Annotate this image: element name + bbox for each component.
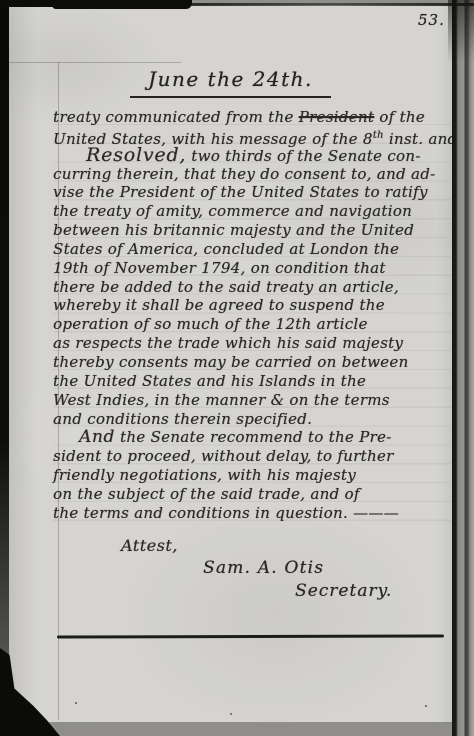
body-line: whereby it shall be agreed to suspend th… xyxy=(53,296,451,315)
date-heading-row: June the 24th. xyxy=(9,67,452,98)
body-line: the treaty of amity, commerce and naviga… xyxy=(53,202,451,221)
manuscript-body-text: treaty communicated from the President o… xyxy=(53,108,451,523)
faint-horizontal-guide-line xyxy=(9,62,181,63)
resolution-opening-line: Resolved, two thirds of the Senate con- xyxy=(53,146,451,165)
body-line: there be added to the said treaty an art… xyxy=(53,278,451,297)
body-line: sident to proceed, without delay, to fur… xyxy=(53,447,451,466)
date-heading: June the 24th. xyxy=(130,67,331,98)
secretary-title: Secretary. xyxy=(295,581,392,601)
body-line: West Indies, in the manner & on the term… xyxy=(53,391,451,410)
left-binding-strip xyxy=(0,0,9,736)
top-left-corner-blob xyxy=(0,0,56,7)
top-left-ink-blob xyxy=(52,0,192,9)
superscript: th xyxy=(373,130,384,141)
recommendation-opening-line: And the Senate recommend to the Pre- xyxy=(53,428,451,447)
body-line: and conditions therein specified. xyxy=(53,410,451,429)
body-line: curring therein, that they do consent to… xyxy=(53,165,451,184)
secretary-signature: Sam. A. Otis xyxy=(203,558,324,578)
struck-word: President xyxy=(299,108,375,126)
body-line: between his britannic majesty and the Un… xyxy=(53,221,451,240)
right-page-edges xyxy=(452,0,474,736)
attest-label: Attest, xyxy=(121,536,178,555)
page-number: 53. xyxy=(418,11,445,29)
body-line: as respects the trade which his said maj… xyxy=(53,334,451,353)
and-word: And xyxy=(79,427,115,447)
resolved-word: Resolved, xyxy=(86,144,186,166)
body-line: States of America, concluded at London t… xyxy=(53,240,451,259)
ink-specks xyxy=(75,702,77,704)
closing-rule xyxy=(57,634,444,638)
body-line: the United States and his Islands in the xyxy=(53,372,451,391)
body-line: operation of so much of the 12th article xyxy=(53,315,451,334)
scanned-manuscript-page: 53. June the 24th. treaty communicated f… xyxy=(0,0,474,736)
right-page-edges-shadow xyxy=(448,0,474,70)
body-line: on the subject of the said trade, and of xyxy=(53,485,451,504)
body-line: the terms and conditions in question. ——… xyxy=(53,504,451,523)
body-line: friendly negotiations, with his majesty xyxy=(53,466,451,485)
body-line: 19th of November 1794, on condition that xyxy=(53,259,451,278)
body-line: thereby consents may be carried on betwe… xyxy=(53,353,451,372)
body-line: vise the President of the United States … xyxy=(53,183,451,202)
body-line: treaty communicated from the President o… xyxy=(53,108,451,127)
manuscript-paper: 53. June the 24th. treaty communicated f… xyxy=(9,5,452,724)
